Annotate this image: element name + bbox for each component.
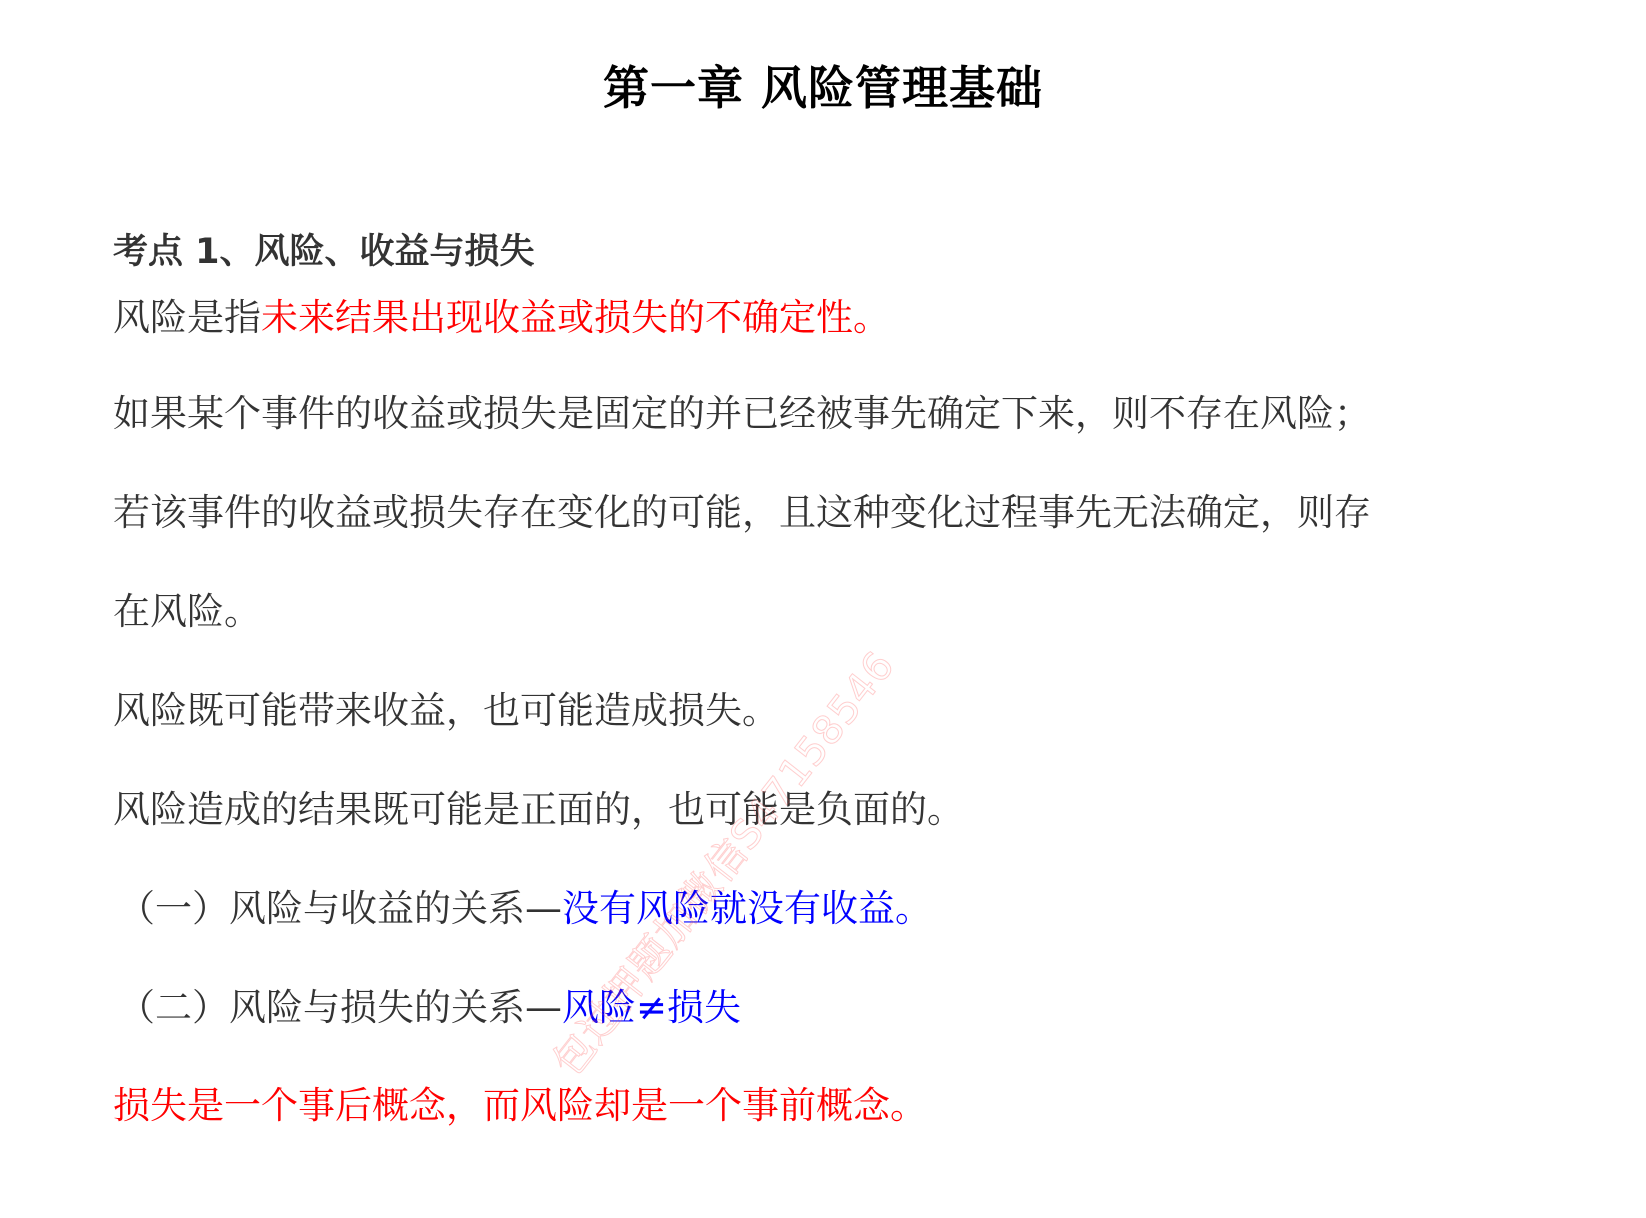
paragraph-text: 风险造成的结果既可能是正面的，也可能是负面的。 [113,788,964,831]
paragraph-risk-gain-or-loss: 风险既可能带来收益，也可能造成损失。 [113,685,779,737]
paragraph-risk-condition: 若该事件的收益或损失存在变化的可能，且这种变化过程事先无法确定，则存 [113,487,1371,539]
paragraph-risk-and-return: （一）风险与收益的关系—没有风险就没有收益。 [118,883,932,935]
paragraph-text: 风险既可能带来收益，也可能造成损失。 [113,689,779,732]
highlight-red-text: 未来结果出现收益或损失的不确定性。 [261,296,890,339]
paragraph-risk-definition: 风险是指未来结果出现收益或损失的不确定性。 [113,292,890,344]
paragraph-text: 风险是指 [113,296,261,339]
paragraph-risk-condition-continued: 在风险。 [113,586,261,638]
paragraph-no-risk-condition: 如果某个事件的收益或损失是固定的并已经被事先确定下来，则不存在风险； [113,388,1371,440]
chapter-title: 第一章 风险管理基础 [0,53,1646,123]
highlight-blue-text: 风险≠损失 [562,986,741,1029]
highlight-blue-text: 没有风险就没有收益。 [562,887,932,930]
paragraph-text: （一）风险与收益的关系— [118,887,562,930]
paragraph-text: 在风险。 [113,590,261,633]
paragraph-text: （二）风险与损失的关系— [118,986,562,1029]
paragraph-risk-outcome: 风险造成的结果既可能是正面的，也可能是负面的。 [113,784,964,836]
paragraph-risk-and-loss: （二）风险与损失的关系—风险≠损失 [118,982,741,1034]
document-page: 第一章 风险管理基础 考点 1、风险、收益与损失 风险是指未来结果出现收益或损失… [0,0,1646,1218]
paragraph-loss-vs-risk-concept: 损失是一个事后概念，而风险却是一个事前概念。 [113,1080,927,1132]
paragraph-text: 若该事件的收益或损失存在变化的可能，且这种变化过程事先无法确定，则存 [113,491,1371,534]
section-heading: 考点 1、风险、收益与损失 [113,227,535,277]
paragraph-text: 如果某个事件的收益或损失是固定的并已经被事先确定下来，则不存在风险； [113,392,1371,435]
highlight-red-text: 损失是一个事后概念，而风险却是一个事前概念。 [113,1084,927,1127]
